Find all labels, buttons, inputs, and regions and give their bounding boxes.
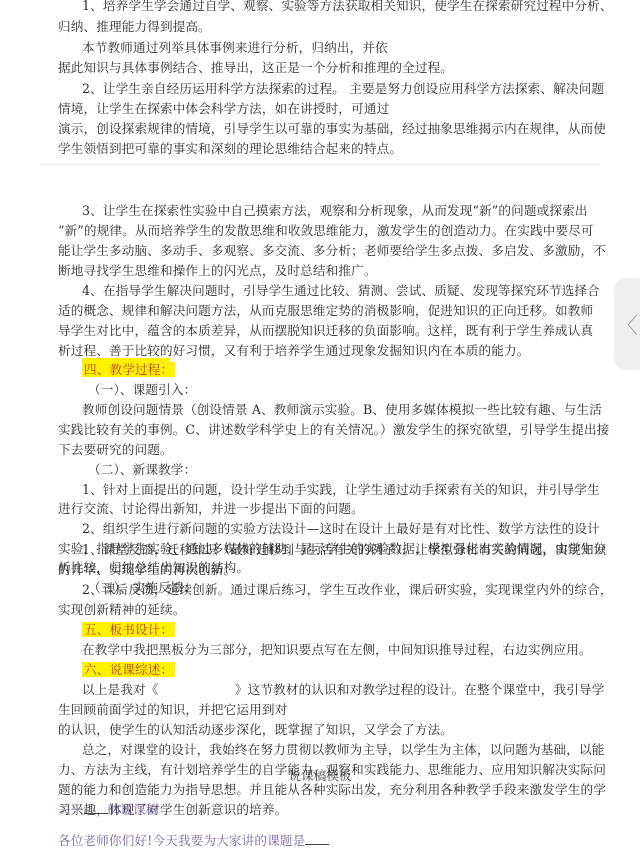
paragraph-line: 的升华、实现学生的再次创新。 [58, 560, 236, 580]
chevron-left-icon: 〈 [616, 309, 638, 340]
paragraph-line: 1、课堂反馈，迁移知识（最好迁移到与生活有关的例子）。让学生分析有关的问题，实现… [82, 540, 606, 560]
paragraph-line: 情境，让学生在探索中体会科学方法，如在讲授时，可通过 [58, 99, 389, 119]
paragraph-line: 归纳、推理能力得到提高。 [58, 17, 211, 37]
paragraph-line: 以上是我对《 》这节教材的认识和对教学过程的设计。在整个课堂中，我引导学 [82, 680, 605, 700]
paragraph-line: 导学生对比中，蕴含的本质差异，从而摆脱知识迁移的负面影响。这样，既有利于学生养成… [58, 321, 593, 341]
paragraph-line: “新”的规律。从而培养学生的发散思维和收敛思维能力，激发学生的创造动力。在实践中… [58, 221, 594, 241]
subheading-1: （一）、课题引入： [88, 380, 196, 400]
subheading-2: （二）、新课教学： [88, 460, 196, 480]
paragraph-line: 2、组织学生进行新问题的实验方法设计—这时在设计上最好是有对比性、数学方法性的设… [82, 519, 600, 539]
paragraph-line: 演示，创设探索规律的情境，引导学生以可靠的事实为基础，经过抽象思维揭示内在规律，… [58, 119, 606, 139]
template-line-1: 关于的说课稿 [58, 800, 158, 820]
template-text: 各位老师你们好!今天我要为大家讲的课题是 [58, 833, 305, 848]
template-title: 说课稿模板 [0, 765, 640, 784]
section-heading-5: 五、板书设计： [82, 620, 175, 640]
paragraph-line: 据此知识与具体事例结合、推导出，这正是一个分析和推理的全过程。 [58, 58, 453, 78]
paragraph-line: 适的概念、规律和解决问题方法，从而克服思维定势的消极影响，促进知识的正向迁移。如… [58, 301, 593, 321]
paragraph-line: 能让学生多动脑、多动手、多观察、多交流、多分析；老师要给学生多点拨、多启发、多激… [58, 241, 606, 261]
page-separator [40, 163, 600, 166]
paragraph-line: 教师创设问题情景（创设情景 A、教师演示实验。B、使用多媒体模拟一些比较有趣、与… [82, 400, 602, 420]
paragraph-line: 3、让学生在探索性实验中自己摸索方法，观察和分析现象，从而发现“新”的问题或探索… [82, 201, 588, 221]
section-heading-6: 六、说课综述： [82, 660, 175, 680]
paragraph-line: 学生领悟到把可靠的事实和深刻的理论思维结合起来的特点。 [58, 139, 402, 159]
highlighted-heading: 六、说课综述： [82, 662, 175, 677]
highlighted-heading: 五、板书设计： [82, 622, 175, 637]
paragraph-line: 下去要研究的问题。 [58, 440, 173, 460]
paragraph-line: 进行交流、讨论得出新知，并进一步提出下面的问题。 [58, 499, 364, 519]
template-text: 关于 [58, 802, 84, 817]
paragraph-line: 4、在指导学生解决问题时，引导学生通过比较、猜测、尝试、质疑、发现等探究环节选择… [82, 281, 600, 301]
template-text: 的说课稿 [108, 802, 159, 817]
paragraph-line: 1、培养学生学会通过自学、观察、实验等方法获取相关知识，使学生在探索研究过程中分… [82, 0, 613, 16]
fill-in-blank [305, 832, 329, 845]
side-panel-handle[interactable]: 〈 [614, 278, 640, 370]
paragraph-line: 生回顾前面学过的知识，并把它运用到对 [58, 700, 287, 720]
paragraph-line: 1、针对上面提出的问题，设计学生动手实践，让学生通过动手探索有关的知识，并引导学… [82, 480, 600, 500]
paragraph-line: 总之，对课堂的设计，我始终在努力贯彻以教师为主导，以学生为主体，以问题为基础，以… [82, 740, 605, 760]
paragraph-line: 本节教师通过列举具体事例来进行分析，归纳出，并依 [82, 38, 388, 58]
paragraph-line: 的认识，使学生的认知活动逐步深化，既掌握了知识，又学会了方法。 [58, 720, 453, 740]
paragraph-line: 实践比较有关的事例。C、讲述数学科学史上的有关情况。）激发学生的探究欲望，引导学… [58, 420, 609, 440]
paragraph-line: 2、课后反馈，延续创新。通过课后练习，学生互改作业，课后研实验，实现课堂内外的综… [82, 580, 613, 600]
paragraph-line: 断地寻找学生思维和操作上的闪光点，及时总结和推广。 [58, 261, 377, 281]
template-line-2: 各位老师你们好!今天我要为大家讲的课题是 [58, 831, 329, 851]
section-heading-4: 四、教学过程： [82, 360, 175, 380]
paragraph-line: 实现创新精神的延续。 [58, 600, 185, 620]
fill-in-blank [84, 801, 108, 814]
highlighted-heading: 四、教学过程： [82, 362, 175, 377]
paragraph-line: 2、让学生亲自经历运用科学方法探索的过程。 主要是努力创设应用科学方法探索、解决… [82, 79, 604, 99]
paragraph-line: 在教学中我把黑板分为三部分，把知识要点写在左侧，中间知识推导过程，右边实例应用。 [82, 640, 592, 660]
